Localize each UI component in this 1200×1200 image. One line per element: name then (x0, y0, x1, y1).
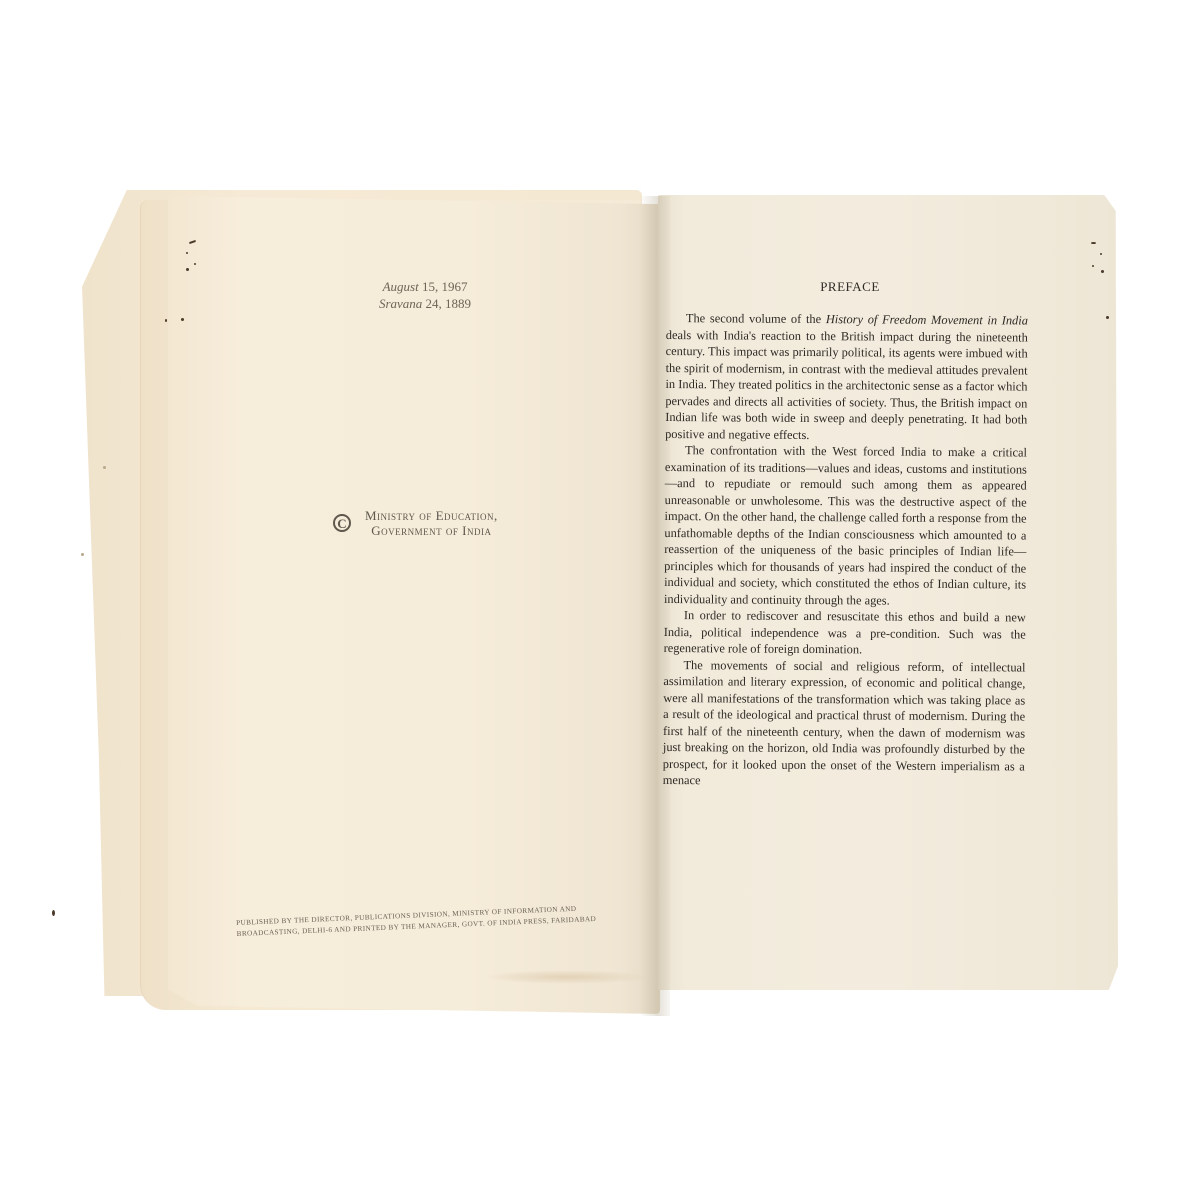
preface-paragraph: The second volume of the History of Free… (665, 310, 1028, 445)
preface-paragraph: The confrontation with the West forced I… (664, 442, 1027, 610)
wormhole-speck (186, 252, 188, 254)
preface-paragraph: The movements of social and religious re… (663, 656, 1026, 791)
preface-text: The second volume of the History of Free… (663, 310, 1028, 791)
wormhole-speck (103, 466, 106, 469)
book-photo: August 15, 1967 Sravana 24, 1889 C Minis… (0, 0, 1200, 1200)
copyright-notice: C Ministry of Education, Government of I… (333, 508, 498, 538)
wormhole-speck (1101, 270, 1104, 273)
wormhole-speck (1100, 253, 1102, 255)
gregorian-date: August 15, 1967 (330, 278, 520, 295)
copyright-holder: Ministry of Education, Government of Ind… (365, 508, 498, 538)
wormhole-speck (186, 268, 189, 271)
wormhole-speck (165, 319, 167, 322)
wormhole-speck (1106, 316, 1109, 319)
preface-paragraph: In order to rediscover and resuscitate t… (664, 607, 1026, 659)
copyright-icon: C (333, 514, 351, 532)
wormhole-speck (194, 263, 196, 265)
wormhole-speck (1091, 242, 1096, 244)
wormhole-speck (1092, 265, 1094, 267)
wormhole-speck (81, 553, 84, 556)
page-stain (482, 970, 652, 984)
publication-dates: August 15, 1967 Sravana 24, 1889 (330, 278, 520, 312)
wormhole-speck (52, 910, 55, 916)
preface-heading: PREFACE (660, 279, 1040, 295)
left-page (168, 196, 660, 1014)
saka-date: Sravana 24, 1889 (330, 295, 520, 312)
wormhole-speck (181, 318, 184, 321)
